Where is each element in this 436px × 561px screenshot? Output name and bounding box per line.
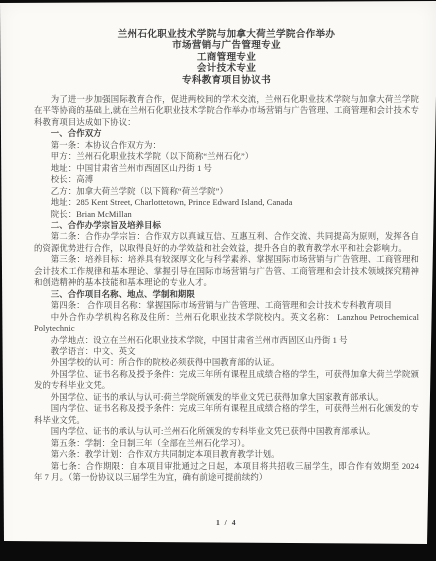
document-title-line: 会计技术专业 xyxy=(34,63,419,74)
paragraph: 地址：285 Kent Street, Charlottetown, Princ… xyxy=(34,197,419,208)
paragraph: 第二条：合作办学宗旨：合作双方以真诚互信、互惠互利、合作交流、共同提高为原则，发… xyxy=(34,231,419,254)
paragraph: 第五条：学制：全日制三年（全部在兰州石化学习）。 xyxy=(34,438,419,449)
paragraph: 国内学位、证书的承认与认可:兰州石化所颁发的专科毕业文凭已获得中国教育部承认。 xyxy=(34,426,419,437)
document-title-line: 市场营销与广告管理专业 xyxy=(34,40,419,51)
document-title: 兰州石化职业技术学院与加拿大荷兰学院合作举办 市场营销与广告管理专业 工商管理专… xyxy=(34,29,419,86)
paragraph: 校长：高溥 xyxy=(34,174,419,185)
paragraph: 为了进一步加强国际教育合作，促进两校间的学术交流，兰州石化职业技术学院与加拿大荷… xyxy=(34,94,419,128)
document-title-line: 专科教育项目协议书 xyxy=(34,75,419,86)
paragraph: 院长：Brian McMillan xyxy=(34,209,419,220)
page-number: 1 / 4 xyxy=(34,518,419,527)
paragraph: 中外合作办学机构名称及住所：兰州石化职业技术学院校内。英文名称： Lanzhou… xyxy=(34,312,419,335)
paragraph: 地址：中国甘肃省兰州市西固区山丹街 1 号 xyxy=(34,163,419,174)
paragraph: 第六条：教学计划：合作双方共同制定本项目教育教学计划。 xyxy=(34,449,419,460)
paragraph: 二、合作办学宗旨及培养目标 xyxy=(34,220,419,231)
paragraph: 办学地点：设立在兰州石化职业技术学院，中国甘肃省兰州市西固区山丹街 1 号 xyxy=(34,335,419,346)
paragraph: 三、合作项目名称、地点、学制和期限 xyxy=(34,289,419,300)
paragraph: 乙方：加拿大荷兰学院（以下简称“荷兰学院”） xyxy=(34,186,419,197)
paragraph: 教学语言：中文、英文 xyxy=(34,346,419,357)
document-page: 兰州石化职业技术学院与加拿大荷兰学院合作举办 市场营销与广告管理专业 工商管理专… xyxy=(0,0,436,561)
paragraph: 国内学位、证书名称及授予条件：完成三年所有课程且成绩合格的学生，可获得兰州石化颁… xyxy=(34,403,419,426)
paragraph: 外国学位、证书的承认与认可:荷兰学院所颁发的毕业文凭已获得加拿大国家教育部承认。 xyxy=(34,392,419,403)
paragraph: 第七条：合作期限：自本项目审批通过之日起，本项目将共招收三届学生，即合作有效期至… xyxy=(34,461,419,484)
paragraph: 甲方：兰州石化职业技术学院（以下简称“兰州石化”） xyxy=(34,151,419,162)
paragraph: 一、合作双方 xyxy=(34,128,419,139)
paragraph: 第一条：本协议合作双方为： xyxy=(34,140,419,151)
paragraph: 第三条：培养目标：培养具有较深厚文化与科学素养、掌握国际市场营销与广告管理、工商… xyxy=(34,254,419,288)
paragraph: 外国学校的认可：所合作的院校必须获得中国教育部的认证。 xyxy=(34,357,419,368)
document-title-line: 兰州石化职业技术学院与加拿大荷兰学院合作举办 xyxy=(34,29,419,40)
paragraph: 第四条： 合作项目名称：掌握国际市场营销与广告管理、工商管理和会计技术专科教育项… xyxy=(34,300,419,311)
scan-background: 兰州石化职业技术学院与加拿大荷兰学院合作举办 市场营销与广告管理专业 工商管理专… xyxy=(0,0,436,561)
document-content: 兰州石化职业技术学院与加拿大荷兰学院合作举办 市场营销与广告管理专业 工商管理专… xyxy=(34,29,419,527)
document-title-line: 工商管理专业 xyxy=(34,52,419,63)
document-body: 为了进一步加强国际教育合作，促进两校间的学术交流，兰州石化职业技术学院与加拿大荷… xyxy=(34,94,419,483)
paragraph: 外国学位、证书名称及授予条件：完成三年所有课程且成绩合格的学生，可获得加拿大荷兰… xyxy=(34,369,419,392)
